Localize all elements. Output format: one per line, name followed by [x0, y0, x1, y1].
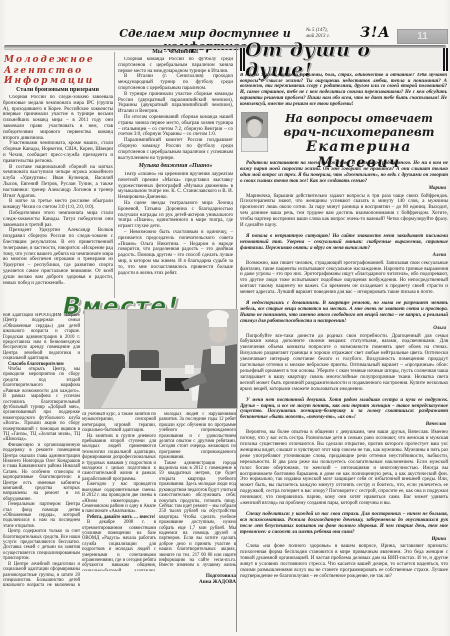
qa-item: Спешу поделиться: у каждой из нас свои с… — [240, 512, 448, 580]
psychotherapist-photo — [241, 112, 268, 152]
paragraph: В Центре лечебной педагогики и социально… — [3, 562, 80, 587]
question-author: Ольга — [240, 326, 446, 332]
paragraph: На сцене звезды театрального мира Леонид… — [118, 201, 233, 230]
question-author: Ирина — [240, 537, 446, 543]
paragraph: ной адаптации НРООЛДИМ «Верас» (Центр по… — [3, 313, 80, 362]
paragraph: Чтобы открыть Центр, мы проводили меропр… — [3, 367, 80, 443]
paragraph: В турнире принимали участие сборные кома… — [118, 92, 233, 115]
paragraph: В декабре 2008 г. в отремонтированном со… — [82, 520, 156, 571]
paragraph: В Италии (г. Сенигаллия) проходил междун… — [118, 74, 233, 91]
qa-heading-line: На вопросы отвечает — [270, 112, 448, 125]
paragraph: По итогам соревнований сборная команда н… — [118, 115, 233, 138]
paragraph: Также администрация города выделила нам … — [159, 461, 236, 569]
article-photo — [85, 310, 237, 408]
column-divider — [114, 52, 115, 298]
table-item — [141, 370, 161, 381]
agency-line: Молодежное — [4, 55, 112, 66]
left-article-title: Стали бронзовыми призерами — [3, 87, 112, 93]
newspaper-page: Сделаем мир доступнее и комфортнее № 5 (… — [0, 0, 450, 636]
agency-line: Информации — [4, 76, 112, 87]
paragraph: Сборная команда России по футболу среди … — [118, 57, 233, 74]
vmeste-column-3: молодых людей с нарушениями развития. За… — [159, 412, 236, 569]
white-coat-shape — [241, 138, 268, 152]
intro-paragraph: В твоей жизни возникли проблемы, боль, с… — [240, 73, 447, 111]
byline-author: Анна ЖАДОВА — [148, 579, 236, 585]
face-shape — [248, 119, 262, 137]
answer-text: Вероятно, вы более опытны в общении с де… — [240, 430, 448, 507]
qa-heading-line: врач-психотерапевт — [270, 125, 448, 139]
agency-masthead: Молодежное Агентство Информации — [4, 55, 112, 87]
question-text: У меня нет постоянной девушки. Хотя рядо… — [240, 398, 448, 422]
paragraph: Президент Удмуртии Александр Волков позд… — [3, 228, 113, 286]
paragraph: На занятиях в группе дневного пребывания… — [82, 434, 156, 483]
qa-item: Я недоспорилась с домашними. В квартире … — [240, 301, 448, 393]
question-author: Марина — [240, 186, 446, 192]
chair-shape — [129, 350, 159, 370]
answer-text: Слова «на фоне полного здоровья» в вашем… — [240, 544, 448, 579]
headline-banner: От души о душе! — [240, 48, 448, 71]
paragraph: молодых людей с нарушениями развития. За… — [159, 412, 236, 461]
question-author: Алена — [240, 253, 446, 259]
question-text: Родители настаивают на моем замужестве. … — [240, 161, 448, 185]
left-article-body: Сборная России по следж-хоккею завоевала… — [3, 95, 113, 298]
question-author: Вячеслав — [240, 422, 446, 428]
chef-head-shape — [209, 325, 227, 343]
qa-item: У меня нет постоянной девушки. Хотя рядо… — [240, 398, 448, 507]
answer-text: Попробуйте все-таки донести до родных св… — [240, 334, 448, 393]
question-text: Я попала в неприятную ситуацию! На сайте… — [240, 234, 448, 252]
agency-line: Агентство — [4, 66, 112, 77]
answer-text: Возможно, вам пишет человек, страдающий … — [240, 261, 448, 296]
mid-article2-body: Театр «Пиано» на церемонии вручения лаур… — [118, 172, 233, 298]
paragraph: Центр содержится только за счет благотво… — [3, 529, 80, 561]
question-text: Спешу поделиться: у каждой из нас свои с… — [240, 512, 448, 536]
paragraph: Участниками чемпионата, кроме наших, ста… — [3, 141, 113, 164]
paragraph: Финансовую и организационную поддержку в… — [3, 443, 80, 502]
article-byline: Подготовила Анна ЖАДОВА — [148, 573, 236, 585]
qa-item: Родители настаивают на моем замужестве. … — [240, 161, 448, 229]
paragraph: Сборная России по следж-хоккею завоевала… — [3, 95, 113, 141]
mid-article1-body: Сборная команда России по футболу среди … — [118, 57, 233, 160]
paragraph: Театр «Пиано» на церемонии вручения лаур… — [118, 172, 233, 201]
chef-hat-shape — [207, 310, 229, 322]
paragraph: В составе национальной сборной на матчах… — [3, 165, 113, 200]
paragraph: Паралимпийский комитет России поздравляе… — [118, 138, 233, 160]
vmeste-column-2: ся учебный курс, а также занятия по музы… — [82, 412, 156, 571]
paragraph: Победителями этого чемпионата мира стали… — [3, 211, 113, 228]
paragraph: В матче за третье место россияне обыграл… — [3, 199, 113, 211]
paragraph: – Невозможно быть счастливым в одиночку,… — [118, 230, 233, 276]
paragraph: ся учебный курс, а также занятия по музы… — [82, 412, 156, 434]
answer-text: Мариночка, барышни действительно задают … — [240, 194, 448, 229]
cup-shape — [185, 365, 194, 374]
qa-item: Я попала в неприятную ситуацию! На сайте… — [240, 234, 448, 296]
qa-list: Родители настаивают на моем замужестве. … — [240, 156, 448, 630]
mid-article2-title: Музыка движения «Пиано» — [117, 163, 234, 169]
question-text: Я недоспорилась с домашними. В квартире … — [240, 301, 448, 325]
paragraph: Генеральным партнером Центра стал фонд п… — [3, 502, 80, 529]
mid-article1-title: Мы – чемпионы! — [117, 49, 234, 55]
apron-shape — [211, 346, 225, 364]
paragraph: Ежегодно у нас проводятся выездные оздор… — [82, 482, 156, 514]
vmeste-column-1: ной адаптации НРООЛДИМ «Верас» (Центр по… — [3, 313, 80, 587]
